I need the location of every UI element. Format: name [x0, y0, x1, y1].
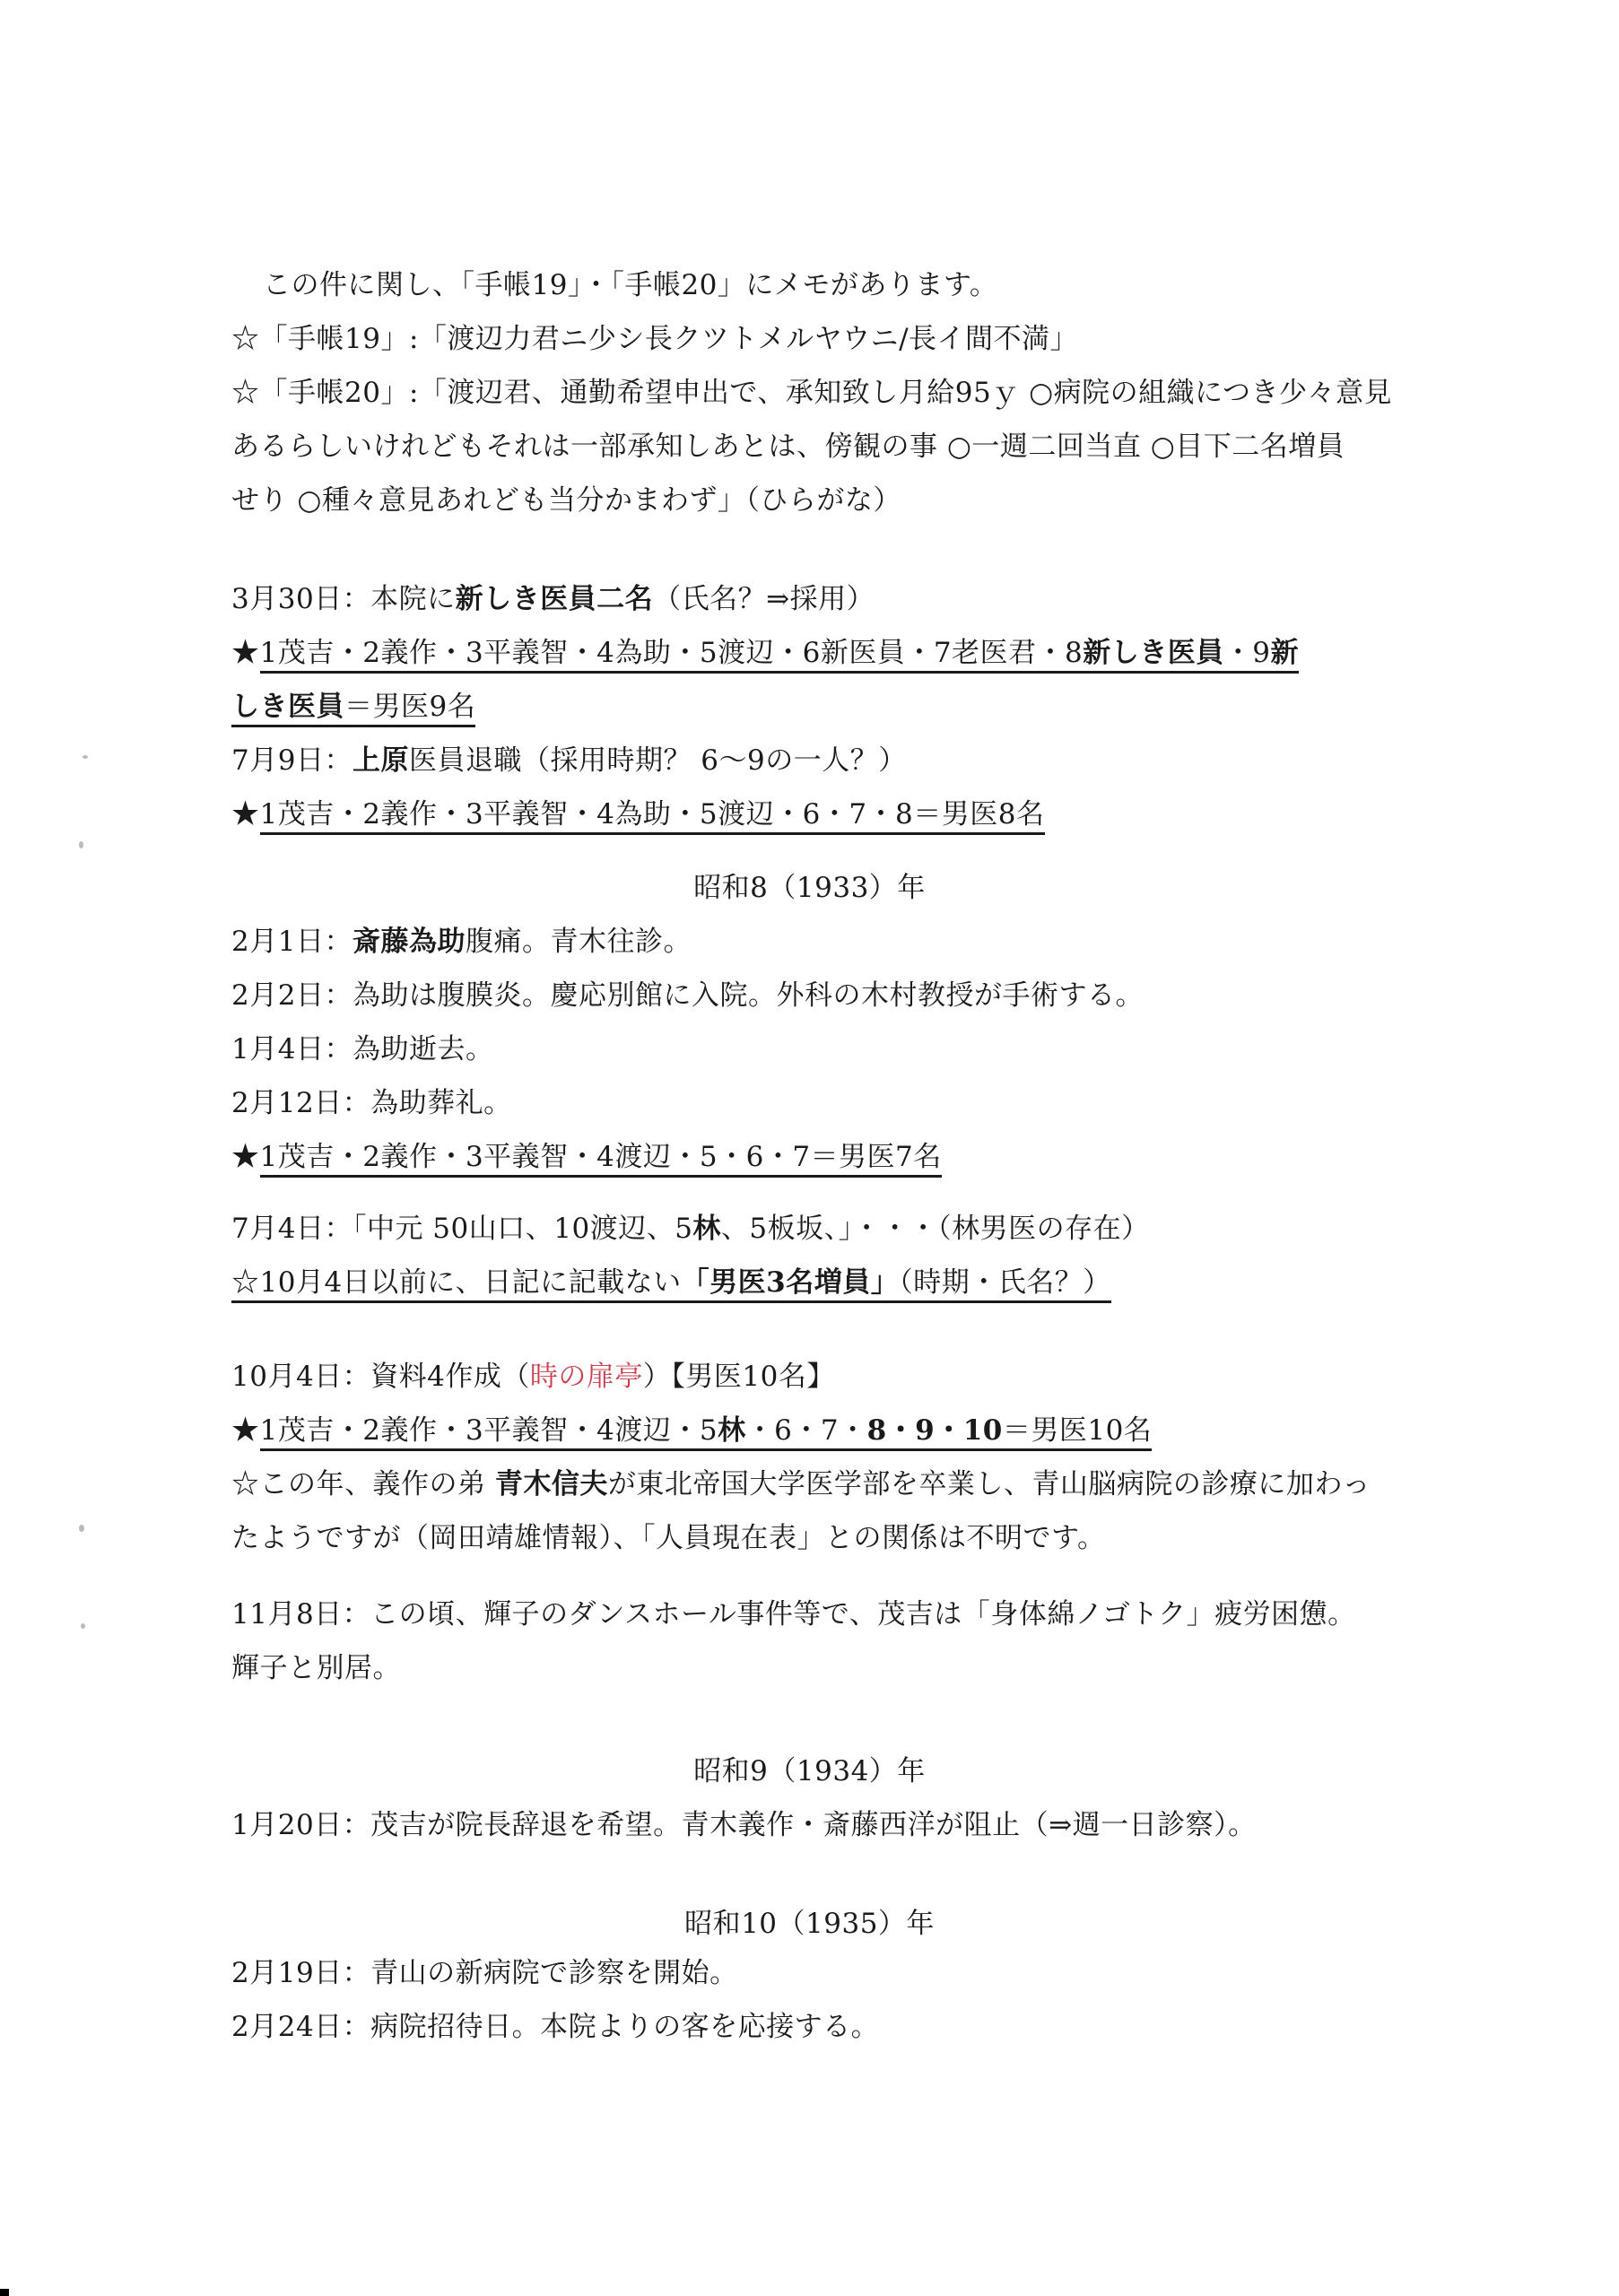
black-star-icon: ★ — [231, 1141, 260, 1173]
entry-text: 10月4日：資料4作成（ — [231, 1361, 530, 1393]
black-star-icon: ★ — [231, 637, 260, 669]
entry-feb2: 2月2日：為助は腹膜炎。慶応別館に入院。外科の木村教授が手術する。 — [231, 978, 1144, 1013]
staff-list-8: ★1茂吉・2義作・3平義智・4為助・5渡辺・6・7・8＝男医8名 — [231, 796, 1045, 832]
staff-list-10: ★1茂吉・2義作・3平義智・4渡辺・5林・6・7・8・9・10＝男医10名 — [231, 1413, 1152, 1448]
scan-speck — [81, 1623, 85, 1629]
entry-date: 2月1日： — [231, 926, 353, 958]
entry-jan20: 1月20日：茂吉が院長辞退を希望。青木義作・斎藤西洋が阻止（⇒週一日診察）。 — [231, 1807, 1257, 1843]
scan-speck — [79, 841, 83, 848]
staff-list-bold: 8・9・10 — [867, 1414, 1003, 1447]
staff-list-text: 1茂吉・2義作・3平義智・4為助・5渡辺・6新医員・7老医君・8 — [260, 637, 1084, 669]
entry-highlight: 上原 — [353, 744, 409, 777]
entry-date: 3月30日：本院に — [231, 583, 456, 615]
entry-feb12: 2月12日：為助葬礼。 — [231, 1085, 512, 1121]
staff-list-bold: 林 — [718, 1414, 746, 1447]
entry-note: （氏名？⇒採用） — [653, 583, 875, 615]
black-star-icon: ★ — [231, 1414, 260, 1447]
note-aoki-line2: たようですが（岡田靖雄情報）、「人員現在表」との関係は不明です。 — [231, 1520, 1106, 1556]
entry-feb1: 2月1日：斎藤為助腹痛。青木往診。 — [231, 924, 692, 960]
staff-list-text: 1茂吉・2義作・3平義智・4為助・5渡辺・6・7・8＝男医8名 — [260, 798, 1045, 835]
year-heading-1934: 昭和9（1934）年 — [0, 1753, 1619, 1789]
entry-date: 7月9日： — [231, 744, 353, 777]
staff-list-bold: 新しき医員 — [1083, 637, 1224, 669]
staff-list-text: 1茂吉・2義作・3平義智・4渡辺・5・6・7＝男医7名 — [260, 1141, 942, 1178]
intro-line: この件に関し、「手帳19」・「手帳20」にメモがあります。 — [263, 267, 997, 303]
entry-highlight: 林 — [692, 1213, 721, 1245]
scan-speck — [83, 755, 88, 759]
entry-note: 腹痛。青木往診。 — [466, 926, 692, 958]
entry-highlight: 新しき医員二名 — [456, 583, 654, 615]
scan-speck — [79, 1525, 84, 1532]
note-highlight: 青木信夫 — [495, 1468, 608, 1500]
staff-list-7: ★1茂吉・2義作・3平義智・4渡辺・5・6・7＝男医7名 — [231, 1139, 942, 1175]
memo-techo-19: ☆「手帳19」:「渡辺力君ニ少シ長クツトメルヤウニ/長イ間不満」 — [231, 321, 1078, 357]
staff-list-text: ・9 — [1224, 637, 1271, 669]
staff-list-text: ＝男医10名 — [1003, 1414, 1152, 1447]
entry-nov8-line1: 11月8日：この頃、輝子のダンスホール事件等で、茂吉は「身体綿ノゴトク」疲労困憊… — [231, 1596, 1356, 1632]
entry-jul4: 7月4日：「中元 50山口、10渡辺、5林、5板坂、」・・・（林男医の存在） — [231, 1211, 1150, 1247]
note-text: ☆10月4日以前に、日記に記載ない — [231, 1266, 682, 1299]
entry-text: 7月4日：「中元 50山口、10渡辺、5 — [231, 1213, 692, 1245]
entry-feb19: 2月19日：青山の新病院で診察を開始。 — [231, 1955, 738, 1991]
source-highlight-red: 時の扉亭 — [530, 1361, 643, 1393]
entry-text: 、5板坂、」・・・（林男医の存在） — [721, 1213, 1150, 1245]
entry-jul9: 7月9日：上原医員退職（採用時期？ 6～9の一人？） — [231, 743, 907, 778]
memo-techo-20-line1: ☆「手帳20」:「渡辺君、通勤希望申出で、承知致し月給95ｙ ○病院の組織につき… — [231, 375, 1392, 411]
year-heading-1933: 昭和8（1933）年 — [0, 870, 1619, 906]
staff-list-bold: 新 — [1271, 637, 1300, 669]
entry-highlight: 斎藤為助 — [353, 926, 466, 958]
staff-list-9-line2: しき医員＝男医9名 — [231, 689, 475, 725]
staff-list-bold: しき医員 — [231, 691, 344, 723]
scan-corner-mark — [0, 2289, 9, 2296]
staff-list-text: ＝男医9名 — [344, 691, 475, 723]
entry-oct4: 10月4日：資料4作成（時の扉亭）【男医10名】 — [231, 1359, 835, 1395]
entry-jan4: 1月4日：為助逝去。 — [231, 1031, 493, 1067]
document-page: この件に関し、「手帳19」・「手帳20」にメモがあります。 ☆「手帳19」:「渡… — [0, 0, 1619, 2296]
year-heading-1935: 昭和10（1935）年 — [0, 1906, 1619, 1942]
entry-note: 医員退職（採用時期？ 6～9の一人？） — [409, 744, 907, 777]
note-staff-increase: ☆10月4日以前に、日記に記載ない「男医3名増員」（時期・氏名？） — [231, 1265, 1111, 1300]
staff-list-text: 1茂吉・2義作・3平義智・4渡辺・5 — [260, 1414, 718, 1447]
entry-text: ）【男医10名】 — [643, 1361, 835, 1393]
entry-feb24: 2月24日：病院招待日。本院よりの客を応接する。 — [231, 2009, 879, 2045]
staff-list-text: ・6・7・ — [746, 1414, 867, 1447]
memo-techo-20-line2: あるらしいけれどもそれは一部承知しあとは、傍観の事 ○一週二回当直 ○目下二名増… — [231, 429, 1345, 465]
note-highlight: 「男医3名増員」 — [682, 1266, 900, 1299]
staff-list-9-line1: ★1茂吉・2義作・3平義智・4為助・5渡辺・6新医員・7老医君・8新しき医員・9… — [231, 635, 1299, 671]
note-text: ☆この年、義作の弟 — [231, 1468, 495, 1500]
entry-nov8-line2: 輝子と別居。 — [231, 1650, 401, 1686]
memo-techo-20-line3: せり ○種々意見あれども当分かまわず」（ひらがな） — [231, 483, 901, 518]
black-star-icon: ★ — [231, 798, 260, 831]
note-aoki-line1: ☆この年、義作の弟 青木信夫が東北帝国大学医学部を卒業し、青山脳病院の診療に加わ… — [231, 1466, 1371, 1502]
note-text: （時期・氏名？） — [899, 1266, 1111, 1299]
entry-mar30: 3月30日：本院に新しき医員二名（氏名？⇒採用） — [231, 581, 875, 617]
note-text: が東北帝国大学医学部を卒業し、青山脳病院の診療に加わっ — [608, 1468, 1371, 1500]
